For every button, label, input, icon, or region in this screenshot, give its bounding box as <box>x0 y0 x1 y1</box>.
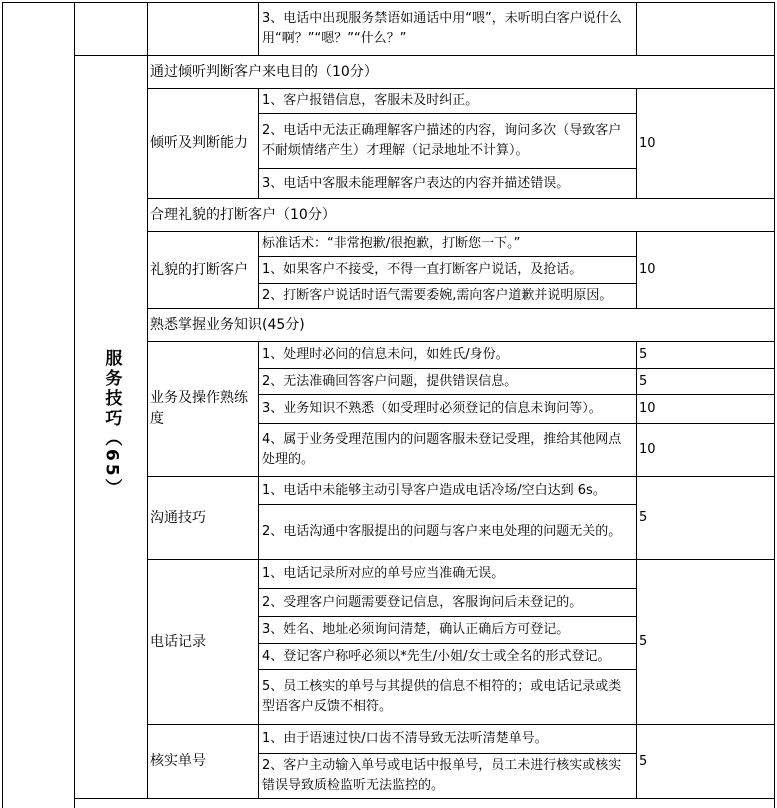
section-header-cell: 合理礼貌的打断客户（10分） <box>148 199 775 232</box>
criteria-cell: 4、属于业务受理范围内的问题客服未登记受理，推给其他网点处理的。 <box>259 424 637 477</box>
criteria-cell: 3、姓名、地址必须询问清楚，确认正确后方可登记。 <box>259 617 637 644</box>
score-cell: 10 <box>637 424 775 477</box>
subcategory-cell: 沟通技巧 <box>148 477 259 560</box>
subcategory-cell: 礼貌的打断客户 <box>148 232 259 309</box>
criteria-cell: 2、电话中无法正确理解客户描述的内容，询问多次（导致客户不耐烦情绪产生）才理解（… <box>259 114 637 169</box>
score-cell: 10 <box>637 395 775 424</box>
criteria-cell: 标准话术：“非常抱歉/很抱歉，打断您一下。” <box>259 232 637 257</box>
category-group-label: 服务技巧（65） <box>102 349 121 499</box>
criteria-cell: 2、无法准确回答客户问题，提供错误信息。 <box>259 369 637 395</box>
criteria-cell: 5、员工核实的单号与其提供的信息不相符的；或电话记录或类型语客户反馈不相符。 <box>259 670 637 725</box>
score-cell: 5 <box>637 477 775 560</box>
next-section-partial-cell <box>75 799 775 803</box>
criteria-cell: 2、受理客户问题需要登记信息，客服询问后未登记的。 <box>259 589 637 617</box>
criteria-cell: 1、电话记录所对应的单号应当准确无误。 <box>259 560 637 589</box>
section-header-cell: 熟悉掌握业务知识(45分) <box>148 309 775 342</box>
criteria-cell: 2、打断客户说话时语气需要委婉,需向客户道歉并说明原因。 <box>259 284 637 309</box>
table-row: 服务技巧（65） 通过倾听判断客户来电目的（10分） <box>3 56 775 89</box>
score-cell: 5 <box>637 342 775 369</box>
empty-group-cell <box>75 3 148 56</box>
criteria-cell: 2、客户主动输入单号或电话中报单号，员工未进行核实或核实错误导致质检监听无法监控… <box>259 754 637 799</box>
subcategory-cell: 核实单号 <box>148 725 259 799</box>
criteria-cell: 1、电话中未能够主动引导客户造成电话冷场/空白达到 6s。 <box>259 477 637 505</box>
criteria-cell: 1、如果客户不接受，不得一直打断客户说话，及抢话。 <box>259 257 637 284</box>
criteria-cell: 1、由于语速过快/口齿不清导致无法听清楚单号。 <box>259 725 637 754</box>
criteria-cell: 1、处理时必问的信息未问，如姓氏/身份。 <box>259 342 637 369</box>
criteria-cell: 1、客户报错信息，客服未及时纠正。 <box>259 89 637 114</box>
score-cell: 5 <box>637 560 775 725</box>
document-sheet: 3、电话中出现服务禁语如通话中用“喂”，未听明白客户说什么用“啊？”“嗯？”“什… <box>2 2 775 802</box>
criteria-cell: 3、电话中客服未能理解客户表达的内容并描述错误。 <box>259 169 637 199</box>
quality-scoring-table: 3、电话中出现服务禁语如通话中用“喂”，未听明白客户说什么用“啊？”“嗯？”“什… <box>2 2 775 802</box>
subcategory-cell: 电话记录 <box>148 560 259 725</box>
score-cell: 5 <box>637 725 775 799</box>
score-cell: 10 <box>637 232 775 309</box>
criteria-cell: 3、电话中出现服务禁语如通话中用“喂”，未听明白客户说什么用“啊？”“嗯？”“什… <box>259 3 637 56</box>
criteria-cell: 4、登记客户称呼必须以*先生/小姐/女士或全名的形式登记。 <box>259 644 637 670</box>
left-margin-column-cell <box>3 3 75 803</box>
score-cell: 5 <box>637 369 775 395</box>
score-cell-empty <box>637 3 775 56</box>
criteria-cell: 2、电话沟通中客服提出的问题与客户来电处理的问题无关的。 <box>259 505 637 560</box>
table-row <box>3 799 775 803</box>
score-cell: 10 <box>637 89 775 199</box>
subcategory-cell: 倾听及判断能力 <box>148 89 259 199</box>
category-group-cell: 服务技巧（65） <box>75 56 148 799</box>
subcategory-cell: 业务及操作熟练度 <box>148 342 259 477</box>
section-header-cell: 通过倾听判断客户来电目的（10分） <box>148 56 775 89</box>
table-row: 3、电话中出现服务禁语如通话中用“喂”，未听明白客户说什么用“啊？”“嗯？”“什… <box>3 3 775 56</box>
criteria-cell: 3、业务知识不熟悉（如受理时必须登记的信息未询问等）。 <box>259 395 637 424</box>
empty-subcategory-cell <box>148 3 259 56</box>
